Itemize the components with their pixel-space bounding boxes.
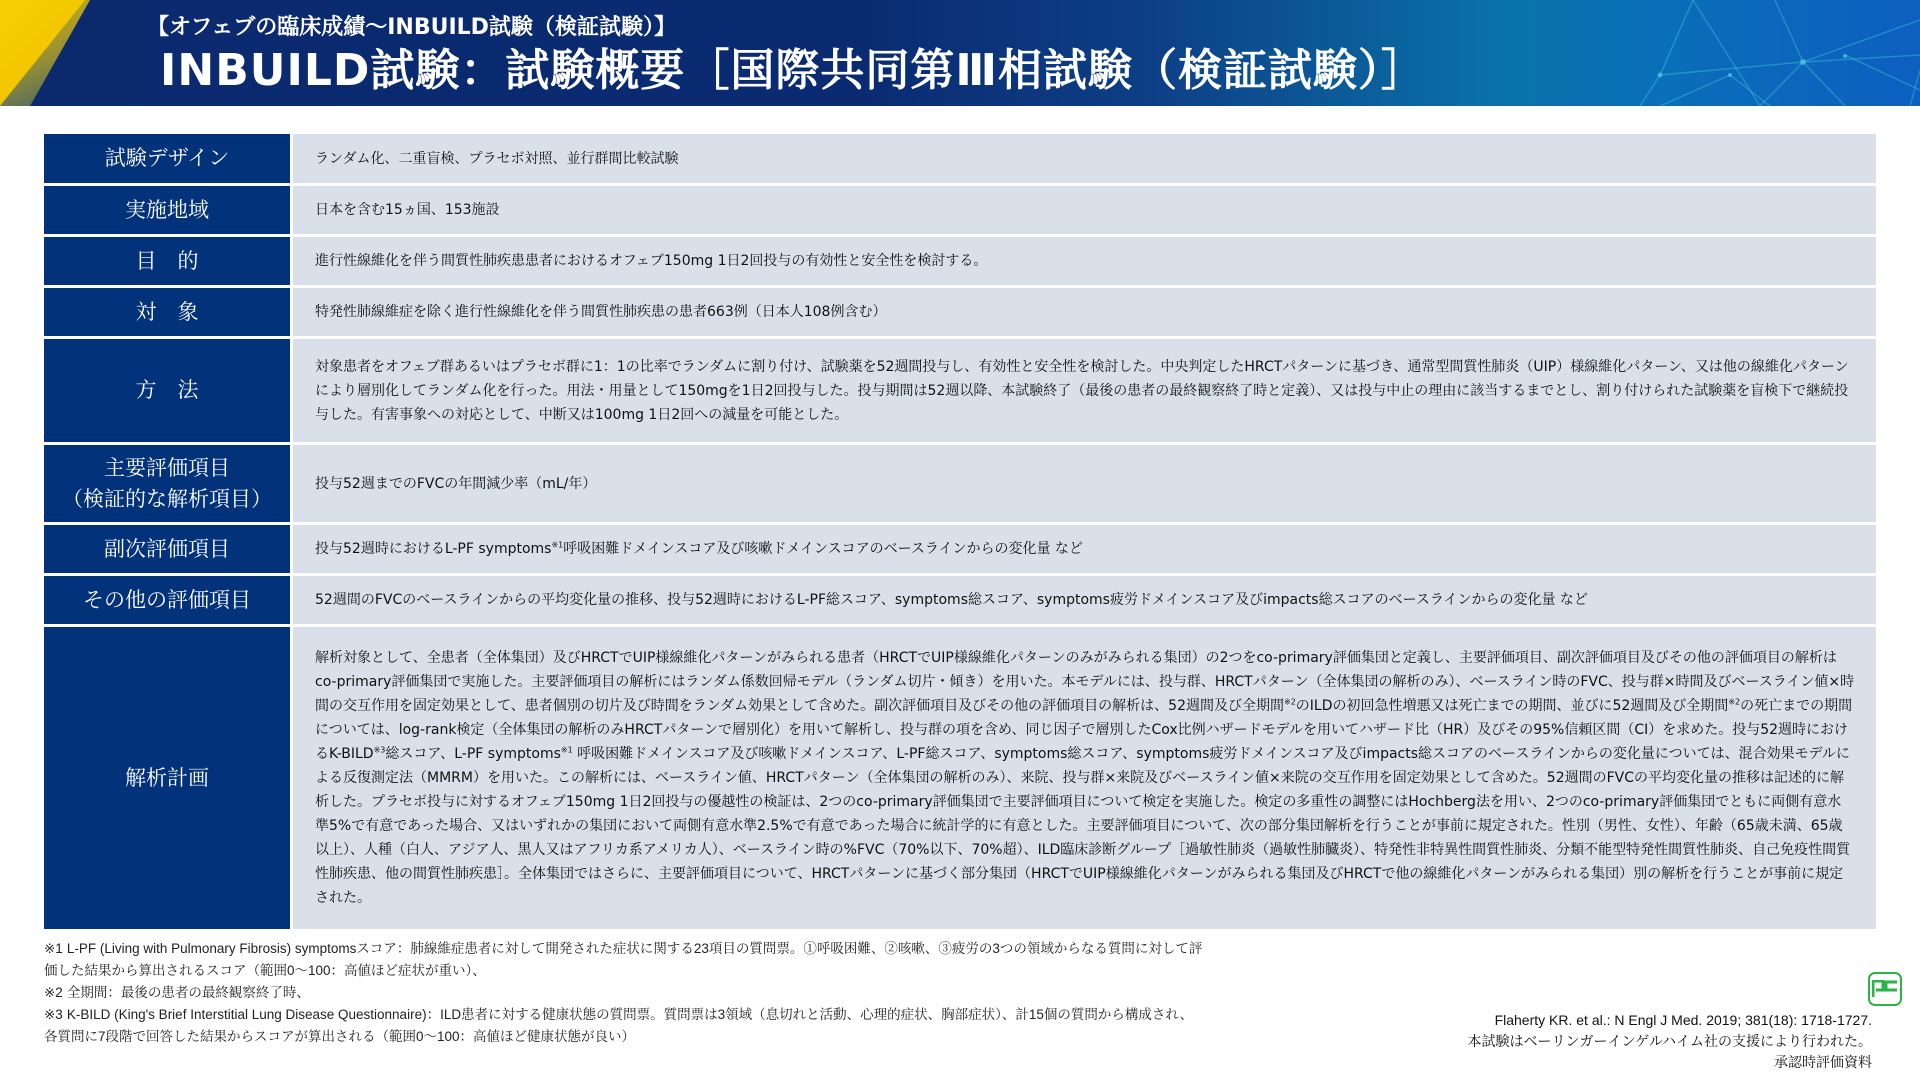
row-value: 解析対象として、全患者（全体集団）及びHRCTでUIP様線維化パターンがみられる… (293, 627, 1876, 929)
header-banner: 【オフェブの臨床成績〜INBUILD試験（検証試験）】 INBUILD試験：試験… (0, 0, 1920, 106)
row-value: 日本を含む15ヵ国、153施設 (293, 186, 1876, 234)
source-note: 承認時評価資料 (1468, 1052, 1872, 1073)
row-value: 投与52週までのFVCの年間減少率（mL/年） (293, 445, 1876, 522)
row-value: 進行性線維化を伴う間質性肺疾患患者におけるオフェブ150mg 1日2回投与の有効… (293, 237, 1876, 285)
table-row-method: 方 法 対象患者をオフェブ群あるいはプラセボ群に1：1の比率でランダムに割り付け… (44, 339, 1876, 445)
row-label: 目 的 (44, 237, 293, 285)
footnote-ref: ※2 (1728, 697, 1740, 706)
row-label: その他の評価項目 (44, 576, 293, 624)
citation: Flaherty KR. et al.: N Engl J Med. 2019;… (1468, 1010, 1872, 1031)
footnote-ref: ※3 (374, 745, 386, 754)
page-title: INBUILD試験：試験概要［国際共同第Ⅲ相試験（検証試験）］ (160, 44, 1426, 98)
row-label: 副次評価項目 (44, 525, 293, 573)
footnote-3: ※3 K-BILD (King's Brief Interstitial Lun… (44, 1004, 1424, 1026)
row-label: 解析計画 (44, 627, 293, 929)
table-row-region: 実施地域 日本を含む15ヵ国、153施設 (44, 186, 1876, 237)
footnote-ref: ※2 (1284, 697, 1296, 706)
support-note: 本試験はベーリンガーインゲルハイム社の支援により行われた。 (1468, 1031, 1872, 1052)
footnote-ref: ※1 (561, 745, 573, 754)
row-value: 特発性肺線維症を除く進行性線維化を伴う間質性肺疾患の患者663例（日本人108例… (293, 288, 1876, 336)
row-label: 実施地域 (44, 186, 293, 234)
table-row-objective: 目 的 進行性線維化を伴う間質性肺疾患患者におけるオフェブ150mg 1日2回投… (44, 237, 1876, 288)
footnote-2: ※2 全期間：最後の患者の最終観察終了時、 (44, 982, 1424, 1004)
row-value: ランダム化、二重盲検、プラセボ対照、並行群間比較試験 (293, 134, 1876, 183)
table-row-study-design: 試験デザイン ランダム化、二重盲検、プラセボ対照、並行群間比較試験 (44, 134, 1876, 186)
row-label: 方 法 (44, 339, 293, 442)
pc-logo-icon (1868, 972, 1902, 1006)
row-value: 52週間のFVCのベースラインからの平均変化量の推移、投与52週時におけるL-P… (293, 576, 1876, 624)
footnotes: ※1 L-PF (Living with Pulmonary Fibrosis)… (44, 938, 1424, 1048)
row-value: 対象患者をオフェブ群あるいはプラセボ群に1：1の比率でランダムに割り付け、試験薬… (293, 339, 1876, 442)
table-row-subjects: 対 象 特発性肺線維症を除く進行性線維化を伴う間質性肺疾患の患者663例（日本人… (44, 288, 1876, 339)
table-row-analysis-plan: 解析計画 解析対象として、全患者（全体集団）及びHRCTでUIP様線維化パターン… (44, 627, 1876, 929)
pc-glyph-icon (1872, 980, 1898, 998)
study-overview-table: 試験デザイン ランダム化、二重盲検、プラセボ対照、並行群間比較試験 実施地域 日… (44, 134, 1876, 929)
footnote-3-continued: 各質問に7段階で回答した結果からスコアが算出される（範囲0〜100：高値ほど健康… (44, 1026, 1424, 1048)
table-row-primary-endpoint: 主要評価項目 （検証的な解析項目） 投与52週までのFVCの年間減少率（mL/年… (44, 445, 1876, 525)
row-label: 主要評価項目 （検証的な解析項目） (44, 445, 293, 522)
table-row-secondary-endpoint: 副次評価項目 投与52週時におけるL-PF symptoms※1呼吸困難ドメイン… (44, 525, 1876, 576)
row-value: 投与52週時におけるL-PF symptoms※1呼吸困難ドメインスコア及び咳嗽… (293, 525, 1876, 573)
table-row-other-endpoints: その他の評価項目 52週間のFVCのベースラインからの平均変化量の推移、投与52… (44, 576, 1876, 627)
network-lines-decoration (1500, 0, 1920, 106)
row-label: 試験デザイン (44, 134, 293, 183)
footnote-ref: ※1 (551, 540, 563, 549)
header-subtitle: 【オフェブの臨床成績〜INBUILD試験（検証試験）】 (147, 10, 676, 41)
references: Flaherty KR. et al.: N Engl J Med. 2019;… (1468, 1010, 1872, 1073)
footnote-1: ※1 L-PF (Living with Pulmonary Fibrosis)… (44, 938, 1424, 960)
row-label: 対 象 (44, 288, 293, 336)
footnote-1-continued: 価した結果から算出されるスコア（範囲0〜100：高値ほど症状が重い）、 (44, 960, 1424, 982)
